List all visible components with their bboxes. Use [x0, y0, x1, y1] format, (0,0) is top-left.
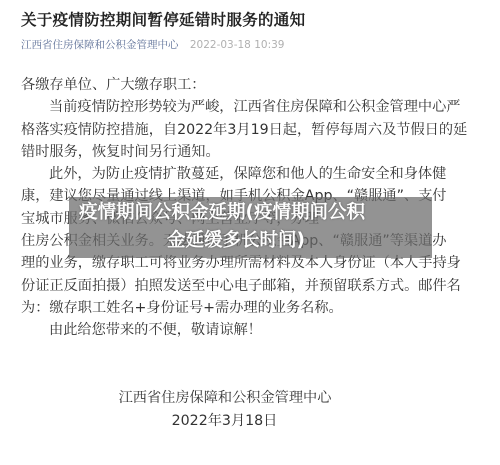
closing-line: 由此给您带来的不便，敬请谅解！: [21, 319, 471, 341]
body-line: 为：缴存职工姓名+身份证号+需办理的业务名称。: [21, 297, 471, 319]
article-meta: 江西省住房保障和公积金管理中心 2022-03-18 10:39: [21, 37, 284, 52]
source-link[interactable]: 江西省住房保障和公积金管理中心: [21, 39, 179, 51]
signature-date: 2022年3月18日: [0, 410, 500, 433]
body-line: 格落实疫情防控措施，自2022年3月19日起，暂停每周六及节假日的延: [21, 119, 471, 141]
publish-timestamp: 2022-03-18 10:39: [190, 39, 285, 51]
signature-block: 江西省住房保障和公积金管理中心 2022年3月18日: [0, 387, 500, 432]
article-title: 关于疫情防控期间暂停延错时服务的通知: [21, 8, 305, 30]
body-line: 错时服务，恢复时间另行通知。: [21, 141, 471, 163]
overlay-title-line-2: 金延缓多长时间): [79, 227, 429, 255]
overlay-title-line-1: 疫情期间公积金延期(疫情期间公积: [79, 199, 429, 227]
watermark-overlay-title: 疫情期间公积金延期(疫情期间公积 金延缓多长时间): [79, 199, 429, 255]
body-line: 当前疫情防控形势较为严峻，江西省住房保障和公积金管理中心严: [21, 96, 471, 118]
body-line: 份证正反面拍摄）拍照发送至中心电子邮箱，并预留联系方式。邮件名: [21, 275, 471, 297]
signature-organization: 江西省住房保障和公积金管理中心: [0, 387, 500, 410]
body-line: 此外，为防止疫情扩散蔓延，保障您和他人的生命安全和身体健: [21, 163, 471, 185]
salutation: 各缴存单位、广大缴存职工：: [21, 74, 471, 96]
